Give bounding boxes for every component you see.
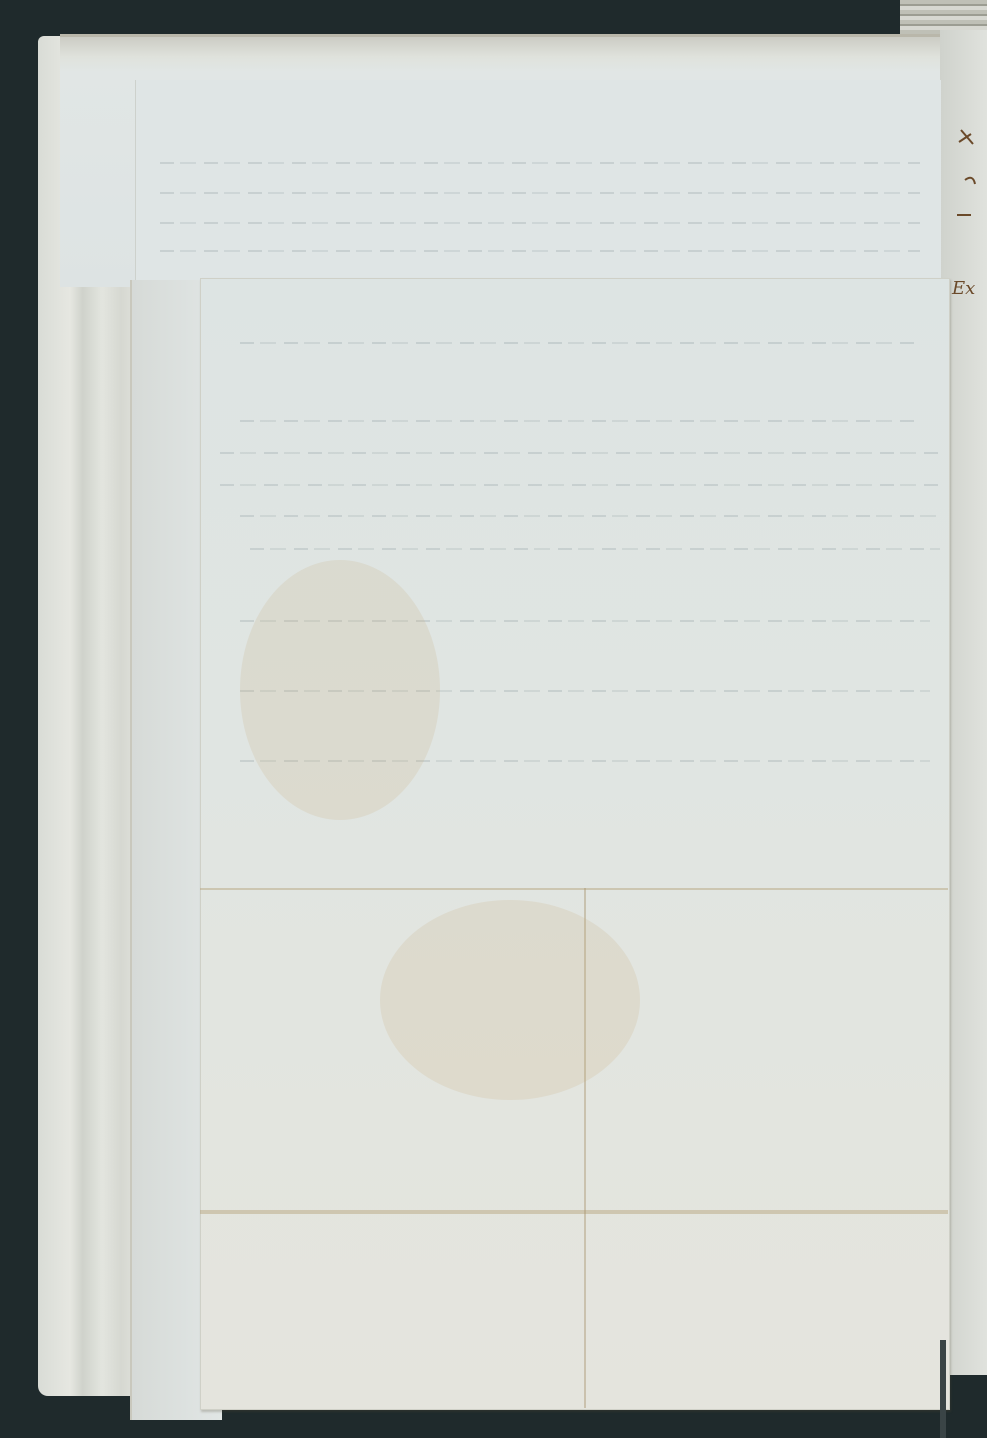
bleed-through-line [220,484,940,486]
ink-marginalia-icon [955,120,977,260]
bleed-through-line [240,420,920,422]
marginalia-fragment: Ex [952,278,975,299]
bleed-through-line [220,452,940,454]
bleed-through-line [160,162,920,164]
bleed-through-line [160,250,920,252]
main-folded-sheet [200,278,950,1410]
horizontal-fold-crease [200,888,948,890]
bleed-through-line [250,548,940,550]
bleed-through-line [160,222,920,224]
bleed-through-line [240,515,940,517]
horizontal-fold-crease [200,1210,948,1214]
bleed-through-line [160,192,920,194]
foxing-stain [380,900,640,1100]
binding-clip [940,1340,946,1438]
foxing-stain [240,560,440,820]
bleed-through-line [240,342,920,344]
